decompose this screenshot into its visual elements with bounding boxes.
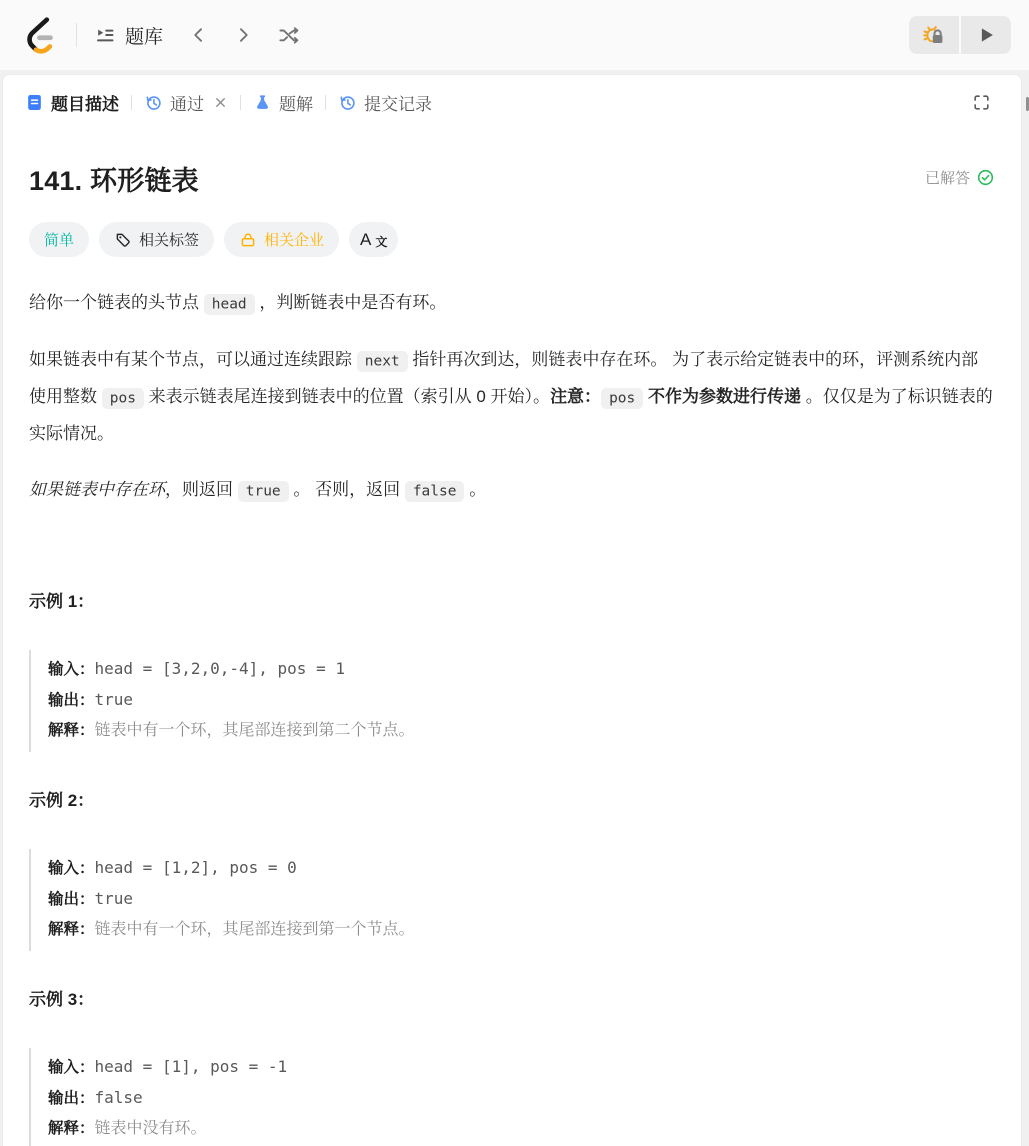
- example-1-block: 输入：head = [3,2,0,-4], pos = 1 输出：true 解释…: [29, 650, 995, 752]
- flask-icon: [253, 93, 272, 112]
- fullscreen-icon: [972, 93, 991, 112]
- history-icon: [144, 93, 163, 112]
- tab-passed-close-button[interactable]: [213, 95, 228, 110]
- example-output-line: 输出：false: [48, 1083, 995, 1114]
- related-tags-label: 相关标签: [139, 229, 199, 250]
- related-companies-button[interactable]: 相关企业: [224, 222, 339, 257]
- chevron-right-icon: [233, 25, 253, 45]
- difficulty-label: 简单: [44, 229, 74, 250]
- paragraph-1: 给你一个链表的头节点 head ，判断链表中是否有环。: [29, 285, 995, 322]
- shuffle-icon: [277, 24, 300, 47]
- translate-button[interactable]: A 文: [349, 222, 398, 257]
- code-chip: head: [204, 294, 255, 315]
- translate-icon: A: [360, 230, 371, 250]
- example-2-heading: 示例 2：: [29, 786, 995, 811]
- example-1-heading: 示例 1：: [29, 587, 995, 612]
- fullscreen-button[interactable]: [972, 93, 991, 112]
- tab-separator: [131, 95, 132, 110]
- debug-button[interactable]: [909, 16, 959, 54]
- paragraph-2: 如果链表中有某个节点，可以通过连续跟踪 next 指针再次到达，则链表中存在环。…: [29, 342, 995, 452]
- example-explanation-line: 解释：链表中有一个环，其尾部连接到第二个节点。: [48, 716, 995, 746]
- solved-label: 已解答: [925, 167, 970, 188]
- tab-bar: 题目描述 通过 题解: [3, 75, 1021, 129]
- tab-passed[interactable]: 通过: [136, 84, 236, 121]
- history-icon: [338, 93, 357, 112]
- example-input-line: 输入：head = [1,2], pos = 0: [48, 853, 995, 884]
- title-row: 141. 环形链表 已解答: [29, 159, 995, 198]
- page-title: 141. 环形链表: [29, 159, 199, 198]
- difficulty-badge[interactable]: 简单: [29, 222, 89, 257]
- chevron-left-icon: [189, 25, 209, 45]
- toolbar-divider: [76, 23, 77, 47]
- tag-icon: [114, 231, 132, 249]
- tab-separator: [325, 95, 326, 110]
- example-3-heading: 示例 3：: [29, 985, 995, 1010]
- lock-icon: [239, 231, 257, 249]
- related-tags-button[interactable]: 相关标签: [99, 222, 214, 257]
- prev-question-button[interactable]: [177, 19, 221, 51]
- tab-description-label: 题目描述: [51, 90, 119, 115]
- code-chip: false: [405, 481, 465, 502]
- problem-description: 给你一个链表的头节点 head ，判断链表中是否有环。 如果链表中有某个节点，可…: [29, 285, 995, 509]
- example-explanation-line: 解释：链表中没有环。: [48, 1114, 995, 1144]
- code-chip: pos: [601, 388, 643, 409]
- paragraph-3: 如果链表中存在环，则返回 true 。 否则，返回 false 。: [29, 472, 995, 509]
- translate-icon-cjk: 文: [375, 233, 387, 250]
- tab-solutions-label: 题解: [279, 90, 313, 115]
- tab-submissions[interactable]: 提交记录: [330, 84, 440, 121]
- problem-content: 141. 环形链表 已解答 简单 相关标签: [3, 159, 1021, 1146]
- close-icon: [213, 95, 228, 110]
- code-chip: true: [238, 481, 289, 502]
- example-output-line: 输出：true: [48, 685, 995, 716]
- solved-check-icon: [976, 168, 995, 187]
- document-icon: [25, 93, 44, 112]
- description-panel: 题目描述 通过 题解: [2, 74, 1022, 1146]
- run-button[interactable]: [961, 16, 1011, 54]
- play-icon: [975, 24, 997, 46]
- tags-row: 简单 相关标签 相关企业 A 文: [29, 222, 995, 257]
- tab-separator: [240, 95, 241, 110]
- problem-list-button[interactable]: 题库: [93, 22, 163, 49]
- top-toolbar: 题库: [0, 0, 1029, 70]
- problem-list-icon: [93, 23, 117, 47]
- random-question-button[interactable]: [265, 18, 312, 53]
- example-input-line: 输入：head = [3,2,0,-4], pos = 1: [48, 654, 995, 685]
- example-input-line: 输入：head = [1], pos = -1: [48, 1052, 995, 1083]
- example-explanation-line: 解释：链表中有一个环，其尾部连接到第一个节点。: [48, 915, 995, 945]
- code-chip: pos: [102, 388, 144, 409]
- solved-status: 已解答: [925, 167, 995, 188]
- next-question-button[interactable]: [221, 19, 265, 51]
- run-debug-group: [909, 16, 1011, 54]
- code-chip: next: [357, 351, 408, 372]
- tab-passed-label: 通过: [170, 90, 204, 115]
- debug-locked-icon: [921, 22, 947, 48]
- tab-submissions-label: 提交记录: [364, 90, 432, 115]
- leetcode-logo-icon[interactable]: [22, 16, 60, 54]
- example-2-block: 输入：head = [1,2], pos = 0 输出：true 解释：链表中有…: [29, 849, 995, 951]
- tab-description[interactable]: 题目描述: [17, 84, 127, 121]
- tab-solutions[interactable]: 题解: [245, 84, 321, 121]
- example-output-line: 输出：true: [48, 884, 995, 915]
- problem-list-label: 题库: [125, 22, 163, 49]
- example-3-block: 输入：head = [1], pos = -1 输出：false 解释：链表中没…: [29, 1048, 995, 1146]
- related-companies-label: 相关企业: [264, 229, 324, 250]
